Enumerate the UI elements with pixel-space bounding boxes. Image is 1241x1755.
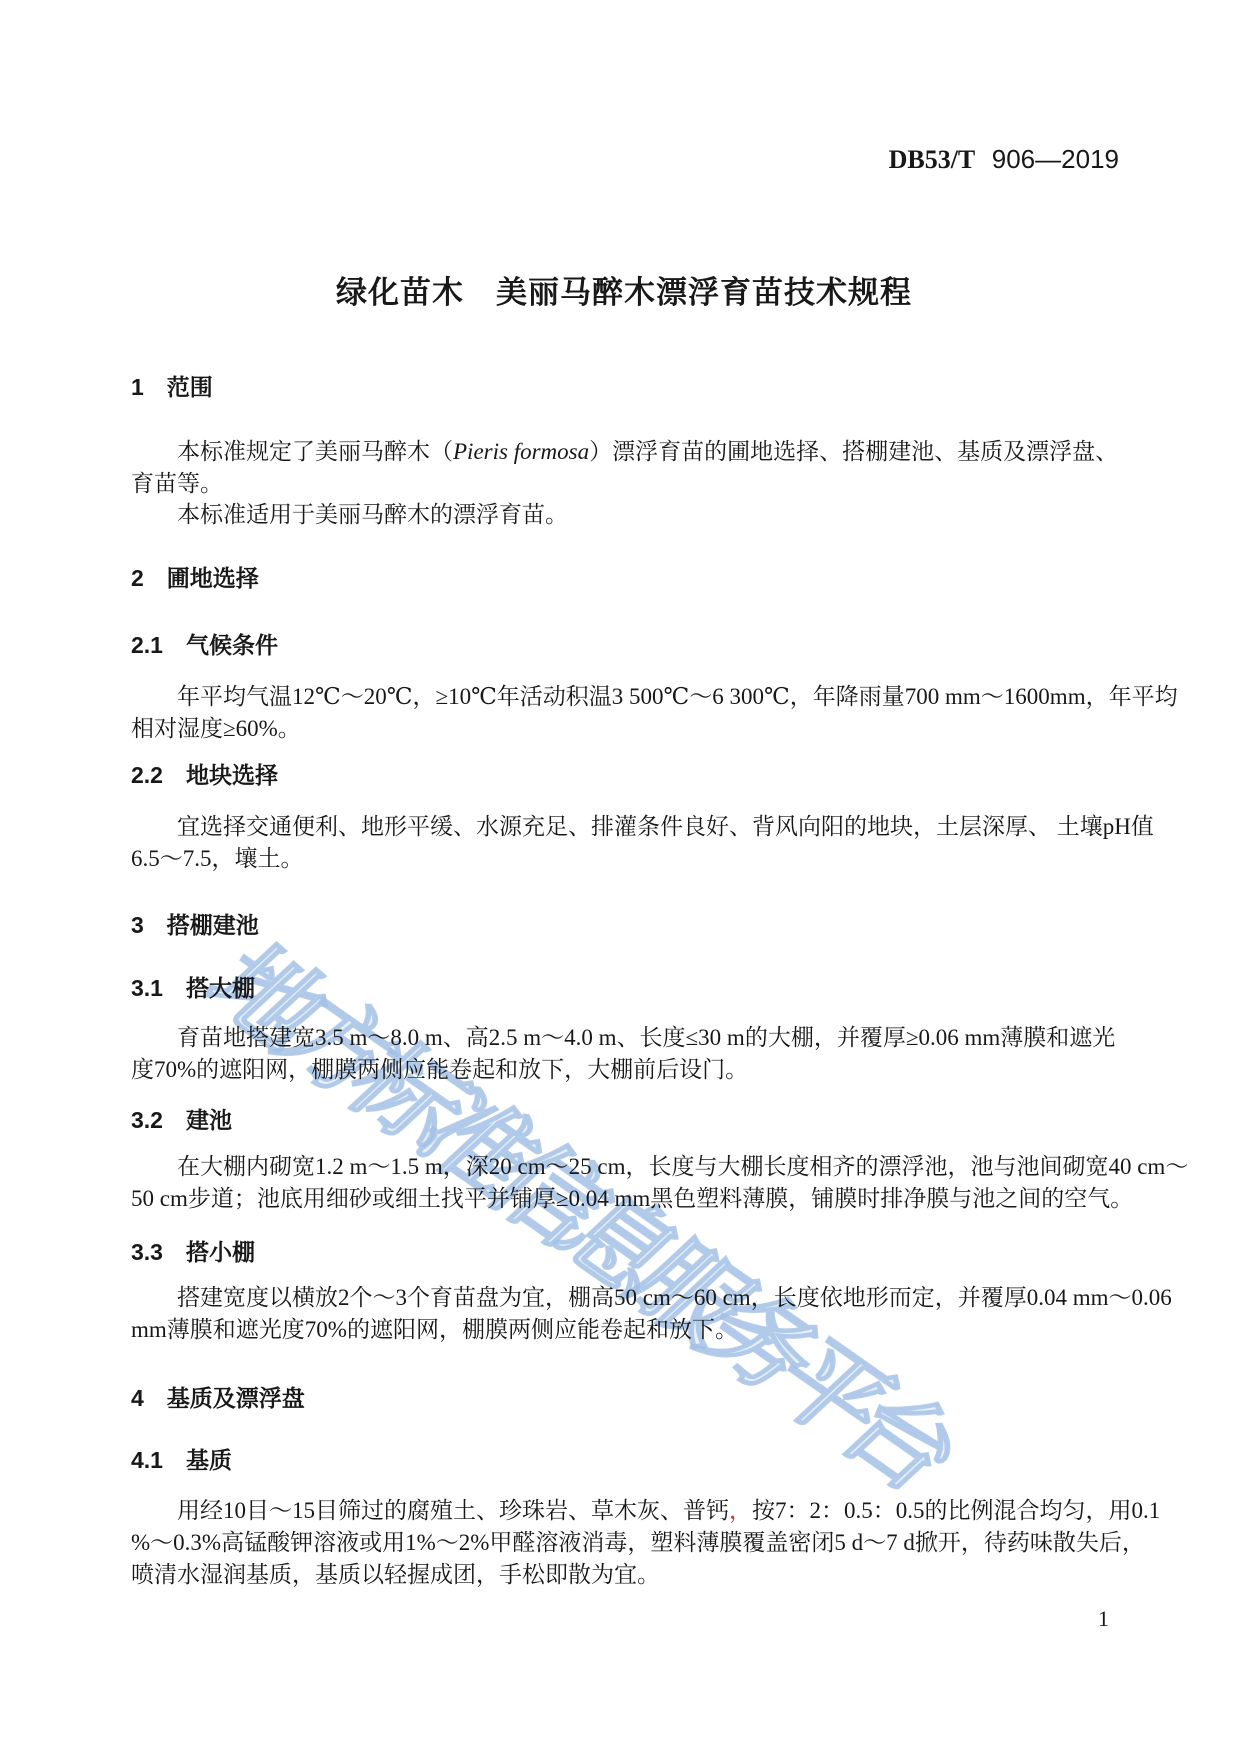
paragraph-line: 用经10目～15目筛过的腐殖土、珍珠岩、草木灰、普钙，按7：2：0.5：0.5的… xyxy=(131,1495,1141,1527)
paragraph-line: mm薄膜和遮光度70%的遮阳网，棚膜两侧应能卷起和放下。 xyxy=(131,1314,1141,1346)
section-4-1-paragraph: 用经10目～15目筛过的腐殖土、珍珠岩、草木灰、普钙，按7：2：0.5：0.5的… xyxy=(131,1495,1141,1591)
document-code: DB53/T 906—2019 xyxy=(889,144,1119,175)
paragraph-line: 本标准规定了美丽马醉木（Pieris formosa）漂浮育苗的圃地选择、搭棚建… xyxy=(131,436,1141,468)
section-heading-3-2: 3.2 建池 xyxy=(131,1105,232,1135)
section-heading-4-1: 4.1 基质 xyxy=(131,1445,232,1475)
document-title: 绿化苗木 美丽马醉木漂浮育苗技术规程 xyxy=(130,267,1118,312)
document-code-prefix: DB53/T xyxy=(889,145,976,174)
section-heading-2-1: 2.1 气候条件 xyxy=(131,630,278,660)
section-heading-3: 3 搭棚建池 xyxy=(131,910,259,940)
paragraph-line: %～0.3%高锰酸钾溶液或用1%～2%甲醛溶液消毒，塑料薄膜覆盖密闭5 d～7 … xyxy=(131,1527,1141,1559)
paragraph-line: 6.5～7.5，壤土。 xyxy=(131,843,1141,875)
paragraph-line: 育苗等。 xyxy=(131,468,1141,500)
paragraph-line: 50 cm步道；池底用细砂或细土找平并铺厚≥0.04 mm黑色塑料薄膜，铺膜时排… xyxy=(131,1183,1141,1215)
section-heading-4: 4 基质及漂浮盘 xyxy=(131,1383,305,1413)
section-1-paragraph-1: 本标准规定了美丽马醉木（Pieris formosa）漂浮育苗的圃地选择、搭棚建… xyxy=(131,436,1141,500)
section-1-paragraph-2: 本标准适用于美丽马醉木的漂浮育苗。 xyxy=(131,499,1141,531)
paragraph-line: 宜选择交通便利、地形平缓、水源充足、排灌条件良好、背风向阳的地块，土层深厚、 土… xyxy=(131,811,1141,843)
text-run: 按7：2：0.5：0.5的比例混合均匀，用0.1 xyxy=(752,1498,1160,1523)
section-3-1-paragraph: 育苗地搭建宽3.5 m～8.0 m、高2.5 m～4.0 m、长度≤30 m的大… xyxy=(131,1022,1141,1086)
document-page: 地方标准信息服务平台 DB53/T 906—2019 绿化苗木 美丽马醉木漂浮育… xyxy=(0,0,1241,1755)
section-2-2-paragraph: 宜选择交通便利、地形平缓、水源充足、排灌条件良好、背风向阳的地块，土层深厚、 土… xyxy=(131,811,1141,875)
document-code-number: 906—2019 xyxy=(992,144,1119,174)
red-comma: ， xyxy=(729,1498,752,1523)
species-latin-name: Pieris formosa xyxy=(453,439,589,464)
paragraph-line: 年平均气温12℃～20℃，≥10℃年活动积温3 500℃～6 300℃，年降雨量… xyxy=(131,681,1141,713)
paragraph-line: 在大棚内砌宽1.2 m～1.5 m，深20 cm～25 cm，长度与大棚长度相齐… xyxy=(131,1151,1141,1183)
section-3-3-paragraph: 搭建宽度以横放2个～3个育苗盘为宜，棚高50 cm～60 cm，长度依地形而定，… xyxy=(131,1282,1141,1346)
paragraph-line: 喷清水湿润基质，基质以轻握成团，手松即散为宜。 xyxy=(131,1559,1141,1591)
text-run: 用经10目～15目筛过的腐殖土、珍珠岩、草木灰、普钙 xyxy=(177,1498,729,1523)
section-2-1-paragraph: 年平均气温12℃～20℃，≥10℃年活动积温3 500℃～6 300℃，年降雨量… xyxy=(131,681,1141,745)
paragraph-line: 度70%的遮阳网，棚膜两侧应能卷起和放下，大棚前后设门。 xyxy=(131,1054,1141,1086)
section-3-2-paragraph: 在大棚内砌宽1.2 m～1.5 m，深20 cm～25 cm，长度与大棚长度相齐… xyxy=(131,1151,1141,1215)
paragraph-line: 本标准适用于美丽马醉木的漂浮育苗。 xyxy=(131,499,1141,531)
section-heading-1: 1 范围 xyxy=(131,372,213,402)
text-run: ）漂浮育苗的圃地选择、搭棚建池、基质及漂浮盘、 xyxy=(589,439,1118,464)
section-heading-2: 2 圃地选择 xyxy=(131,563,259,593)
paragraph-line: 育苗地搭建宽3.5 m～8.0 m、高2.5 m～4.0 m、长度≤30 m的大… xyxy=(131,1022,1141,1054)
section-heading-3-1: 3.1 搭大棚 xyxy=(131,973,255,1003)
paragraph-line: 相对湿度≥60%。 xyxy=(131,713,1141,745)
page-number: 1 xyxy=(1098,1606,1109,1632)
section-heading-3-3: 3.3 搭小棚 xyxy=(131,1237,255,1267)
section-heading-2-2: 2.2 地块选择 xyxy=(131,760,278,790)
paragraph-line: 搭建宽度以横放2个～3个育苗盘为宜，棚高50 cm～60 cm，长度依地形而定，… xyxy=(131,1282,1141,1314)
text-run: 本标准规定了美丽马醉木（ xyxy=(177,439,453,464)
